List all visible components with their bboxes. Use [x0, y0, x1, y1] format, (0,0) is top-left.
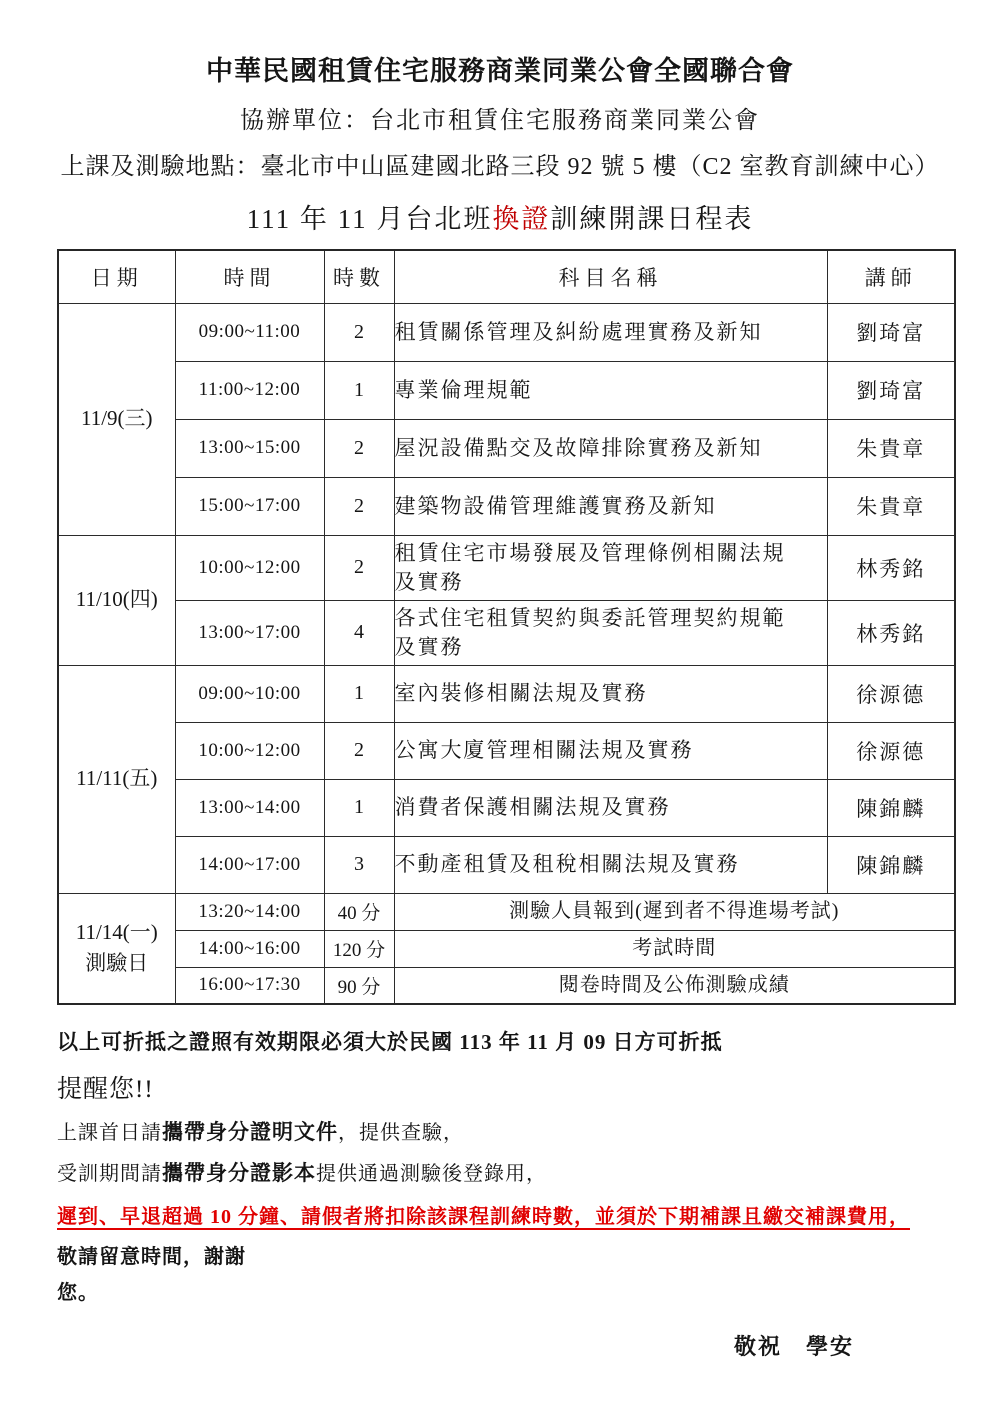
- location-line: 上課及測驗地點：臺北市中山區建國北路三段 92 號 5 樓（C2 室教育訓練中心…: [0, 146, 1000, 181]
- table-row: 11:00~12:00 1 專業倫理規範 劉琦富: [58, 361, 955, 419]
- certificate-rule: 以上可折抵之證照有效期限必須大於民國 113 年 11 月 09 日方可折抵: [57, 1026, 954, 1056]
- time-cell: 14:00~17:00: [175, 836, 324, 893]
- subject-text: 各式住宅租賃契約與委託管理契約規範及實務: [395, 604, 795, 661]
- lecturer-cell: 林秀銘: [827, 535, 955, 600]
- schedule-title-suffix: 訓練開課日程表: [550, 204, 753, 234]
- hours-cell: 2: [324, 303, 394, 361]
- note-line-1: 上課首日請攜帶身分證明文件，提供查驗，: [57, 1116, 954, 1146]
- note-line-1-prefix: 上課首日請: [57, 1122, 162, 1144]
- col-header-hours: 時數: [324, 250, 394, 303]
- table-row: 10:00~12:00 2 公寓大廈管理相關法規及實務 徐源德: [58, 722, 955, 779]
- time-cell: 10:00~12:00: [175, 535, 324, 600]
- note-line-2: 受訓期間請攜帶身分證影本提供通過測驗後登錄用，: [57, 1157, 954, 1187]
- time-cell: 13:00~17:00: [175, 600, 324, 665]
- subject-cell: 租賃關係管理及糾紛處理實務及新知: [394, 303, 827, 361]
- date-cell: 11/10(四): [58, 535, 175, 665]
- closing-line-1: 敬請留意時間，謝謝: [57, 1240, 954, 1269]
- lecturer-cell: 朱貴章: [827, 419, 955, 477]
- notes-section: 以上可折抵之證照有效期限必須大於民國 113 年 11 月 09 日方可折抵 提…: [57, 1026, 954, 1361]
- table-row: 11/9(三) 09:00~11:00 2 租賃關係管理及糾紛處理實務及新知 劉…: [58, 303, 955, 361]
- subject-cell: 公寓大廈管理相關法規及實務: [394, 722, 827, 779]
- schedule-title-highlight: 換證: [492, 204, 550, 234]
- schedule-title: 111 年 11 月台北班換證訓練開課日程表: [0, 197, 1000, 236]
- table-row: 11/10(四) 10:00~12:00 2 租賃住宅市場發展及管理條例相關法規…: [58, 535, 955, 600]
- date-cell: 11/11(五): [58, 665, 175, 893]
- time-cell: 13:20~14:00: [175, 893, 324, 930]
- date-cell: 11/9(三): [58, 303, 175, 535]
- closing-line-2: 您。: [57, 1276, 954, 1305]
- lecturer-cell: 徐源德: [827, 722, 955, 779]
- hours-cell: 4: [324, 600, 394, 665]
- time-cell: 13:00~15:00: [175, 419, 324, 477]
- reminder-heading: 提醒您!!: [57, 1069, 954, 1105]
- time-cell: 10:00~12:00: [175, 722, 324, 779]
- hours-cell: 1: [324, 665, 394, 722]
- time-cell: 15:00~17:00: [175, 477, 324, 535]
- col-header-date: 日期: [58, 250, 175, 303]
- table-row: 14:00~16:00 120 分 考試時間: [58, 930, 955, 967]
- table-row: 13:00~15:00 2 屋況設備點交及故障排除實務及新知 朱貴章: [58, 419, 955, 477]
- table-row: 16:00~17:30 90 分 閱卷時間及公佈測驗成績: [58, 967, 955, 1004]
- subject-cell: 各式住宅租賃契約與委託管理契約規範及實務: [394, 600, 827, 665]
- subject-cell: 專業倫理規範: [394, 361, 827, 419]
- hours-cell: 120 分: [324, 930, 394, 967]
- hours-cell: 2: [324, 477, 394, 535]
- table-row: 14:00~17:00 3 不動產租賃及租稅相關法規及實務 陳錦麟: [58, 836, 955, 893]
- hours-cell: 2: [324, 535, 394, 600]
- exam-activity-cell: 考試時間: [394, 930, 955, 967]
- hours-cell: 2: [324, 419, 394, 477]
- co-organizer-line: 協辦單位：台北市租賃住宅服務商業同業公會: [0, 100, 1000, 135]
- time-cell: 09:00~10:00: [175, 665, 324, 722]
- exam-activity-cell: 閱卷時間及公佈測驗成績: [394, 967, 955, 1004]
- table-row: 11/11(五) 09:00~10:00 1 室內裝修相關法規及實務 徐源德: [58, 665, 955, 722]
- note-line-1-suffix: ，提供查驗，: [338, 1122, 464, 1144]
- exam-date-note: 測驗日: [59, 948, 175, 980]
- note-line-2-prefix: 受訓期間請: [57, 1163, 162, 1185]
- document-title: 中華民國租賃住宅服務商業同業公會全國聯合會: [0, 56, 1000, 87]
- subject-text: 租賃住宅市場發展及管理條例相關法規及實務: [395, 539, 795, 596]
- exam-date: 11/14(一): [59, 917, 175, 949]
- hours-cell: 1: [324, 779, 394, 836]
- subject-cell: 租賃住宅市場發展及管理條例相關法規及實務: [394, 535, 827, 600]
- time-cell: 11:00~12:00: [175, 361, 324, 419]
- lecturer-cell: 陳錦麟: [827, 779, 955, 836]
- subject-cell: 不動產租賃及租稅相關法規及實務: [394, 836, 827, 893]
- table-row: 15:00~17:00 2 建築物設備管理維護實務及新知 朱貴章: [58, 477, 955, 535]
- subject-cell: 屋況設備點交及故障排除實務及新知: [394, 419, 827, 477]
- col-header-time: 時間: [175, 250, 324, 303]
- lecturer-cell: 陳錦麟: [827, 836, 955, 893]
- note-line-1-bold: 攜帶身分證明文件: [162, 1120, 338, 1144]
- lateness-warning: 遲到、早退超過 10 分鐘、請假者將扣除該課程訓練時數，並須於下期補課且繳交補課…: [57, 1200, 954, 1229]
- lecturer-cell: 劉琦富: [827, 361, 955, 419]
- time-cell: 09:00~11:00: [175, 303, 324, 361]
- schedule-table: 日期 時間 時數 科目名稱 講師 11/9(三) 09:00~11:00 2 租…: [57, 249, 956, 1005]
- lecturer-cell: 劉琦富: [827, 303, 955, 361]
- subject-cell: 室內裝修相關法規及實務: [394, 665, 827, 722]
- hours-cell: 3: [324, 836, 394, 893]
- table-row: 13:00~14:00 1 消費者保護相關法規及實務 陳錦麟: [58, 779, 955, 836]
- document-page: 中華民國租賃住宅服務商業同業公會全國聯合會 協辦單位：台北市租賃住宅服務商業同業…: [0, 0, 1000, 1414]
- hours-cell: 40 分: [324, 893, 394, 930]
- hours-cell: 1: [324, 361, 394, 419]
- lecturer-cell: 林秀銘: [827, 600, 955, 665]
- note-line-2-bold: 攜帶身分證影本: [162, 1161, 316, 1185]
- col-header-subject: 科目名稱: [394, 250, 827, 303]
- subject-cell: 消費者保護相關法規及實務: [394, 779, 827, 836]
- time-cell: 16:00~17:30: [175, 967, 324, 1004]
- lecturer-cell: 徐源德: [827, 665, 955, 722]
- time-cell: 13:00~14:00: [175, 779, 324, 836]
- lecturer-cell: 朱貴章: [827, 477, 955, 535]
- table-header-row: 日期 時間 時數 科目名稱 講師: [58, 250, 955, 303]
- col-header-lecturer: 講師: [827, 250, 955, 303]
- schedule-title-prefix: 111 年 11 月台北班: [247, 204, 493, 234]
- hours-cell: 90 分: [324, 967, 394, 1004]
- hours-cell: 2: [324, 722, 394, 779]
- table-row: 13:00~17:00 4 各式住宅租賃契約與委託管理契約規範及實務 林秀銘: [58, 600, 955, 665]
- exam-activity-cell: 測驗人員報到(遲到者不得進場考試): [394, 893, 955, 930]
- signoff: 敬祝 學安: [57, 1330, 854, 1361]
- date-cell: 11/14(一) 測驗日: [58, 893, 175, 1004]
- note-line-2-suffix: 提供通過測驗後登錄用，: [316, 1163, 547, 1185]
- time-cell: 14:00~16:00: [175, 930, 324, 967]
- subject-cell: 建築物設備管理維護實務及新知: [394, 477, 827, 535]
- table-row: 11/14(一) 測驗日 13:20~14:00 40 分 測驗人員報到(遲到者…: [58, 893, 955, 930]
